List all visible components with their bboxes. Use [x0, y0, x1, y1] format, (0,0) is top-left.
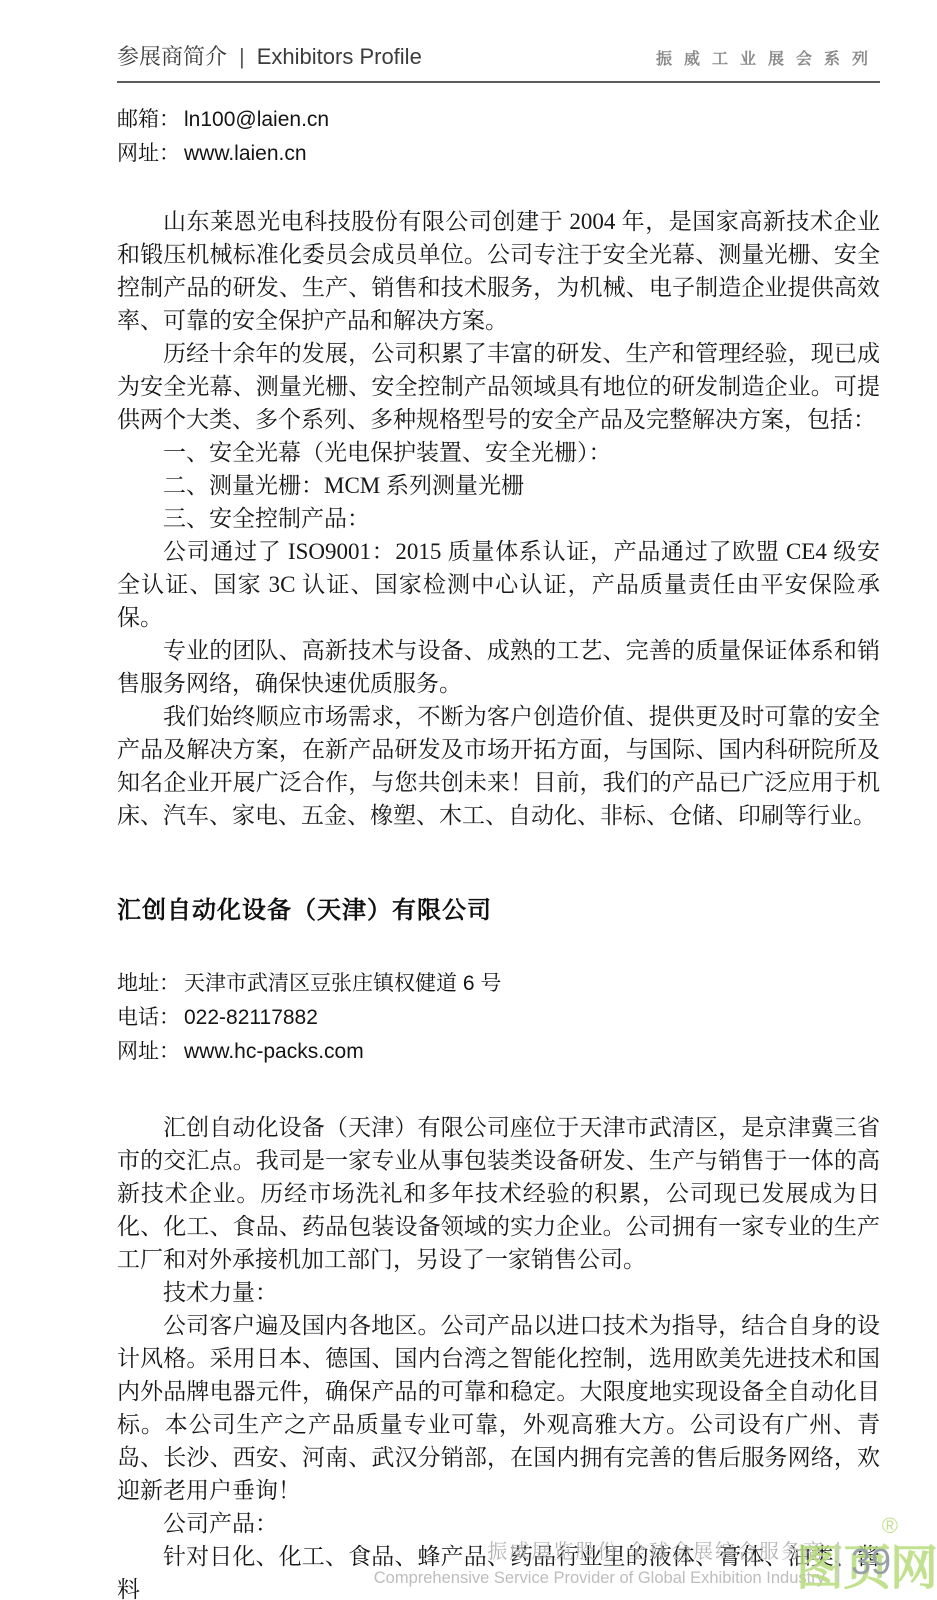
page-title: 参展商简介 | Exhibitors Profile — [117, 40, 422, 71]
website-value: www.laien.cn — [180, 142, 307, 165]
exhibitor2-profile: 汇创自动化设备（天津）有限公司座位于天津市武清区，是京津冀三省市的交汇点。我司是… — [117, 1111, 880, 1600]
title-divider: | — [239, 44, 245, 70]
paragraph: 汇创自动化设备（天津）有限公司座位于天津市武清区，是京津冀三省市的交汇点。我司是… — [117, 1111, 880, 1276]
paragraph: 山东莱恩光电科技股份有限公司创建于 2004 年，是国家高新技术企业和锻压机械标… — [117, 205, 880, 337]
website-label: 网址： — [117, 1040, 180, 1063]
phone-value: 022-82117882 — [180, 1006, 318, 1029]
list-item: 三、安全控制产品： — [117, 502, 880, 535]
page-number: 39 — [851, 1541, 891, 1583]
address-value: 天津市武清区豆张庄镇权健道 6 号 — [180, 972, 501, 995]
exhibitor2-name: 汇创自动化设备（天津）有限公司 — [117, 890, 880, 925]
header-rule — [117, 81, 880, 83]
phone-label: 电话： — [117, 1006, 180, 1029]
exhibitor2-contact: 地址：天津市武清区豆张庄镇权健道 6 号 电话：022-82117882 网址：… — [117, 967, 880, 1069]
email-row: 邮箱：ln100@laien.cn — [117, 103, 880, 137]
website-label: 网址： — [117, 142, 180, 165]
phone-row: 电话：022-82117882 — [117, 1001, 880, 1035]
email-value: ln100@laien.cn — [180, 108, 329, 131]
paragraph: 我们始终顺应市场需求，不断为客户创造价值、提供更及时可靠的安全产品及解决方案，在… — [117, 700, 880, 832]
address-label: 地址： — [117, 972, 180, 995]
website-value: www.hc-packs.com — [180, 1040, 364, 1063]
website-row: 网址：www.hc-packs.com — [117, 1035, 880, 1069]
page-title-en: Exhibitors Profile — [257, 44, 422, 70]
footer-text: 振威展览股份 全球会展综合服务商 Comprehensive Service P… — [374, 1535, 825, 1588]
page-header: 参展商简介 | Exhibitors Profile 振威工业展会系列 — [117, 0, 880, 71]
footer-company-line: 振威展览股份 全球会展综合服务商 — [374, 1535, 825, 1564]
list-item: 一、安全光幕（光电保护装置、安全光栅）： — [117, 436, 880, 469]
email-label: 邮箱： — [117, 108, 180, 131]
website-row: 网址：www.laien.cn — [117, 137, 880, 171]
paragraph: 专业的团队、高新技术与设备、成熟的工艺、完善的质量保证体系和销售服务网络，确保快… — [117, 634, 880, 700]
address-row: 地址：天津市武清区豆张庄镇权健道 6 号 — [117, 967, 880, 1001]
page-title-zh: 参展商简介 — [117, 40, 227, 71]
paragraph: 公司通过了 ISO9001：2015 质量体系认证，产品通过了欧盟 CE4 级安… — [117, 535, 880, 634]
list-item: 二、测量光栅：MCM 系列测量光栅 — [117, 469, 880, 502]
series-label: 振威工业展会系列 — [656, 46, 880, 71]
footer-english-line: Comprehensive Service Provider of Global… — [374, 1569, 825, 1588]
footer-separator — [837, 1542, 839, 1582]
document-page: 参展商简介 | Exhibitors Profile 振威工业展会系列 邮箱：l… — [0, 0, 937, 1600]
paragraph: 技术力量： — [117, 1276, 880, 1309]
exhibitor1-profile: 山东莱恩光电科技股份有限公司创建于 2004 年，是国家高新技术企业和锻压机械标… — [117, 205, 880, 832]
registered-trademark-icon: ® — [882, 1513, 897, 1539]
paragraph: 公司客户遍及国内各地区。公司产品以进口技术为指导，结合自身的设计风格。采用日本、… — [117, 1309, 880, 1507]
exhibitor1-contact: 邮箱：ln100@laien.cn 网址：www.laien.cn — [117, 103, 880, 171]
paragraph: 历经十余年的发展，公司积累了丰富的研发、生产和管理经验，现已成为安全光幕、测量光… — [117, 337, 880, 436]
